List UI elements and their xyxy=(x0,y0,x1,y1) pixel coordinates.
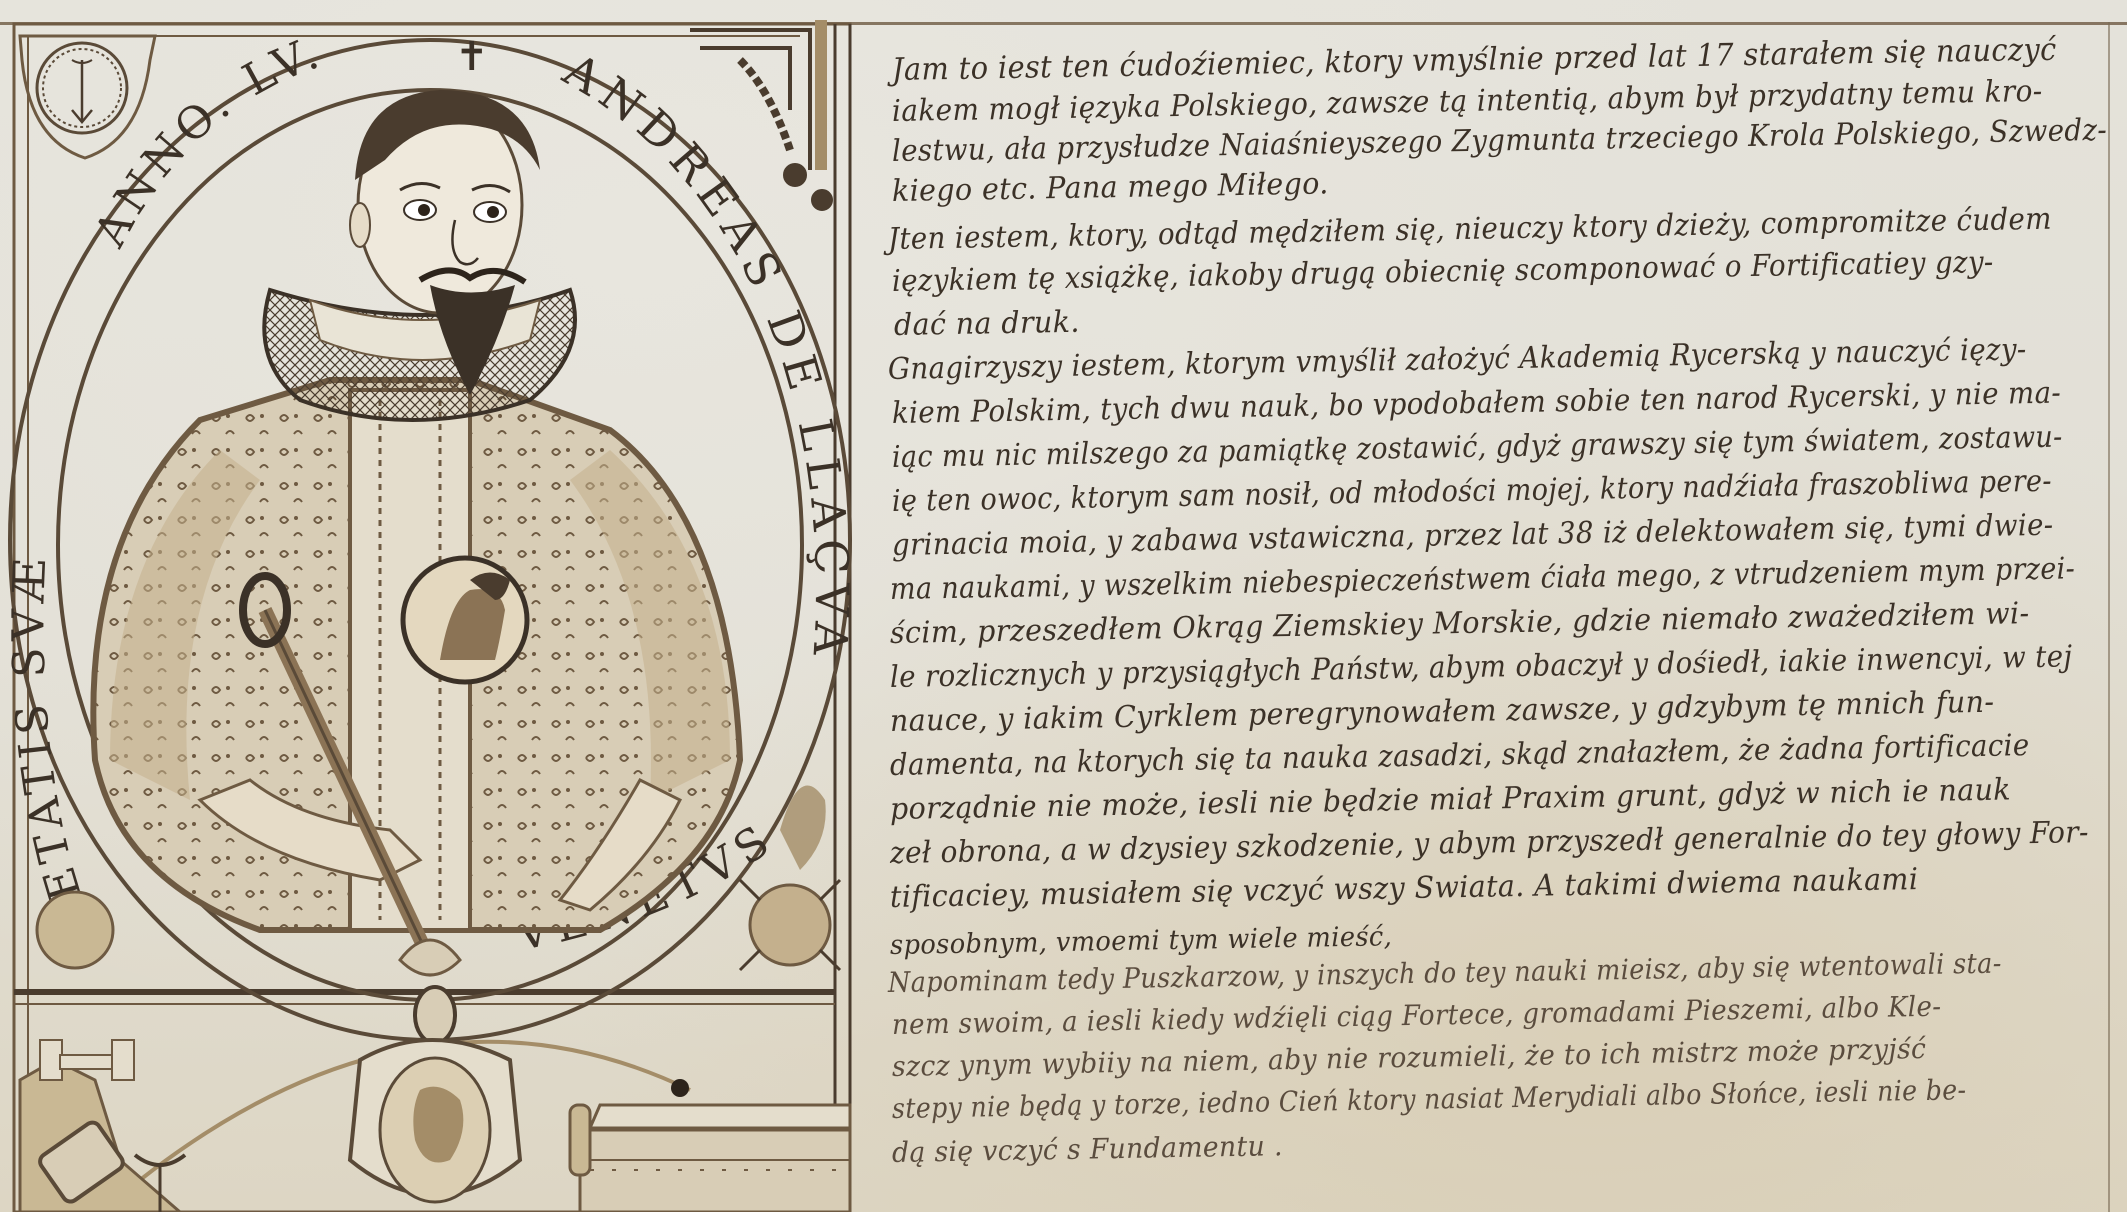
manuscript-line: kiego etc. Pana mego Miłego. xyxy=(892,166,1329,209)
svg-text:AETATIS SVÆ: AETATIS SVÆ xyxy=(3,552,105,946)
coat-of-arms-icon xyxy=(350,987,520,1202)
portrait-illustration: AETATIS SVÆ ANNO. LV. ✝ ANDREAS DE LLAÇV… xyxy=(0,0,860,1212)
cannonball-icon xyxy=(671,1079,689,1097)
manuscript-page: AETATIS SVÆ ANNO. LV. ✝ ANDREAS DE LLAÇV… xyxy=(0,0,2127,1212)
lower-scene xyxy=(20,987,850,1212)
manuscript-line: sposobnym, vmoemi tym wiele mieść, xyxy=(890,921,1393,961)
svg-text:ANNO. LV.: ANNO. LV. xyxy=(84,26,330,256)
cross-mark: ✝ xyxy=(455,34,489,80)
manuscript-line: nem swoim, a iesli kiedy wdźięli ciąg Fo… xyxy=(892,990,1942,1041)
manuscript-line: dać na druk. xyxy=(894,305,1080,343)
manuscript-text: Jam to iest ten ćudoźiemiec, ktory vmyśl… xyxy=(880,44,2095,1184)
shield-icon xyxy=(20,36,155,158)
manuscript-line: tificaciey, musiałem się vczyć wszy Swia… xyxy=(890,862,1919,915)
manuscript-line: dą się vczyć s Fundamentu . xyxy=(892,1129,1283,1169)
page-right-border xyxy=(2108,22,2110,1212)
manuscript-line: szcz ynym wybiiy na niem, aby nie rozumi… xyxy=(892,1032,1927,1083)
inscription-left: AETATIS SVÆ xyxy=(3,552,105,946)
sphere-left-icon xyxy=(37,892,113,968)
inscription-top: ANNO. LV. xyxy=(84,26,330,256)
manuscript-line: stepy nie będą y torze, iedno Cień ktory… xyxy=(892,1073,1967,1125)
